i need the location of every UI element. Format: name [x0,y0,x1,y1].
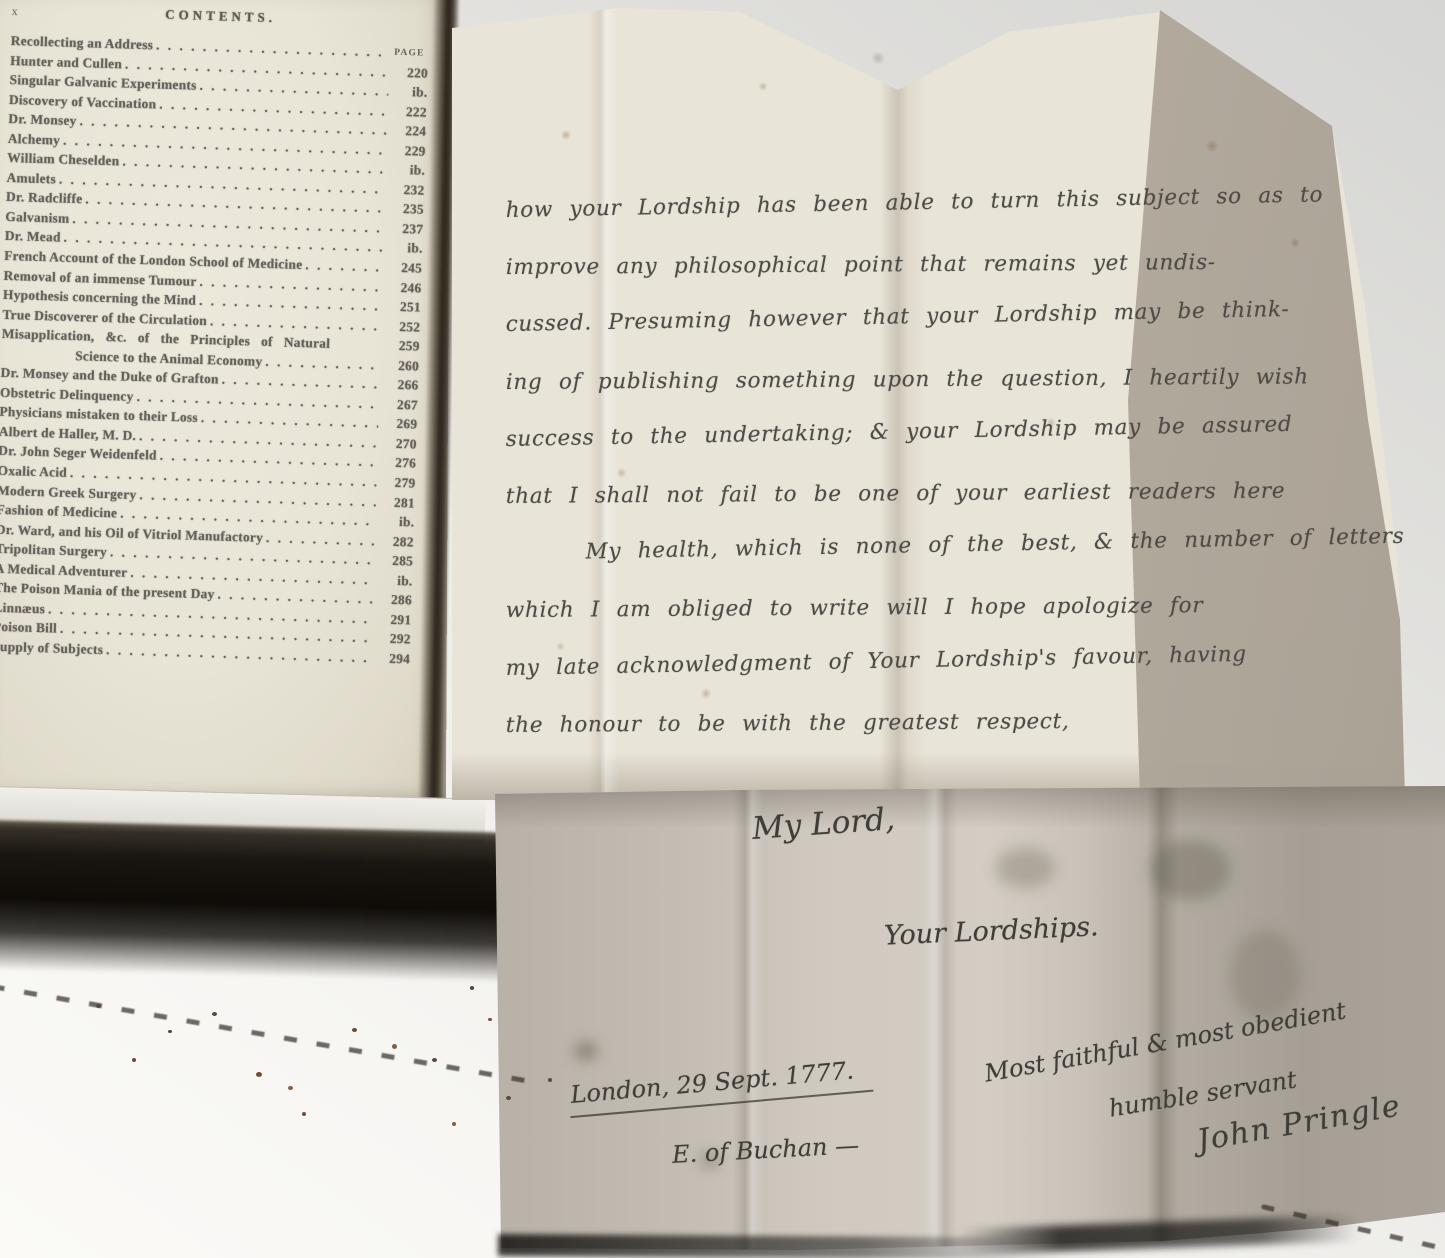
debris-speck [452,1122,456,1126]
toc-entry-label: Modern Greek Surgery [0,482,137,502]
toc-entry-label: Obstetric Delinquency [0,385,134,405]
toc-entry-page: ib. [386,240,422,257]
toc-entry-page: 229 [389,142,425,159]
toc-entry-label: Fashion of Medicine [0,502,117,522]
letter-body-text: how your Lordship has been able to turn … [506,198,1411,770]
foxing-spot [560,130,572,140]
toc-entry-label: Dr. Monsey [8,111,77,129]
book-cover-edge [0,820,510,983]
toc-entry-label: William Cheselden [7,150,120,169]
toc-entry-label: Oxalic Acid [0,463,67,481]
debris-speck [392,1044,397,1049]
toc-entry-page: ib. [389,162,425,179]
toc-entry-page: 251 [385,299,421,316]
toc-entry-label: Tripolitan Surgery [0,541,107,560]
toc-entry-label: Albert de Haller, M. D. [0,424,136,444]
toc-entry-page: 220 [392,64,428,81]
toc-entry-page: 260 [383,357,419,374]
flap-smudge [1150,840,1230,900]
toc-entry-page: 292 [374,631,410,648]
debris-speck [96,1004,101,1008]
debris-speck [432,1058,437,1062]
toc-entry-page: 259 [383,338,419,355]
debris-speck [488,1018,492,1021]
toc-entry-label: Linnæus [0,600,45,618]
toc-entry-page: 235 [388,201,424,218]
toc-entry-page: 224 [390,123,426,140]
toc-dot-leader [217,587,373,608]
toc-dot-leader [266,530,375,549]
toc-entry-page: 281 [379,494,415,511]
debris-speck [352,1028,357,1032]
photo-of-book-and-letter: x CONTENTS. PAGE Recollecting an Address… [0,0,1445,1258]
toc-dot-leader [333,348,380,349]
debris-speck [302,1112,306,1116]
toc-entry-page: 276 [380,455,416,472]
debris-speck [506,1096,511,1100]
toc-entry-page: 285 [377,553,413,570]
toc-entry-page: 245 [386,260,422,277]
folio-number: x [11,4,17,19]
toc-dot-leader [305,257,383,275]
toc-entry-page: 252 [384,318,420,335]
flap-stain [575,1042,597,1060]
toc-dot-leader [265,354,380,373]
flap-smudge [995,848,1055,888]
contents-list: Recollecting an AddressHunter and Cullen… [0,33,429,671]
toc-entry-page: 266 [382,377,418,394]
debris-speck [168,1030,172,1033]
foxing-spot [758,82,768,91]
debris-speck [212,1012,217,1016]
toc-entry-page: 232 [388,181,424,198]
toc-entry-page: 222 [391,103,427,120]
toc-entry-label: Alchemy [8,131,61,149]
debris-speck [132,1058,136,1062]
toc-entry-page: 294 [374,650,410,667]
toc-entry-page: 270 [380,435,416,452]
toc-entry-page: 246 [385,279,421,296]
toc-dot-leader [221,372,379,393]
toc-entry-page: 237 [387,220,423,237]
debris-speck [548,1078,552,1082]
debris-speck [470,986,474,990]
toc-entry-page: 286 [376,592,412,609]
page-column-header: PAGE [394,48,425,59]
toc-entry-label: Amulets [6,170,56,187]
toc-entry-label: A Medical Adventurer [0,561,128,581]
toc-entry-label: Hunter and Cullen [10,53,122,72]
toc-entry-page: 291 [375,611,411,628]
debris-speck [256,1072,262,1077]
toc-entry-page: ib. [378,514,414,531]
toc-entry-label: Galvanism [5,209,69,227]
letter-line: the honour to be with the greatest respe… [506,706,1411,770]
table-of-contents: x CONTENTS. PAGE Recollecting an Address… [0,2,430,671]
toc-entry-label: Discovery of Vaccination [9,92,157,112]
toc-entry-label: Supply of Subjects [0,639,103,658]
toc-entry-label: Recollecting an Address [11,33,154,53]
toc-entry-page: 269 [381,416,417,433]
foxing-spot [1205,140,1219,152]
toc-entry-label: Dr. Radcliffe [6,189,83,207]
debris-speck [288,1086,293,1090]
foxing-spot [870,52,886,64]
toc-entry-page: 267 [382,396,418,413]
toc-entry-page: ib. [391,84,427,101]
toc-entry-label: Poison Bill [0,619,57,637]
toc-entry-page: 279 [379,474,415,491]
toc-entry-page: 282 [377,533,413,550]
toc-entry-page: ib. [376,572,412,589]
toc-entry-label: Dr. Mead [5,228,61,246]
debris-trail [0,984,543,1086]
